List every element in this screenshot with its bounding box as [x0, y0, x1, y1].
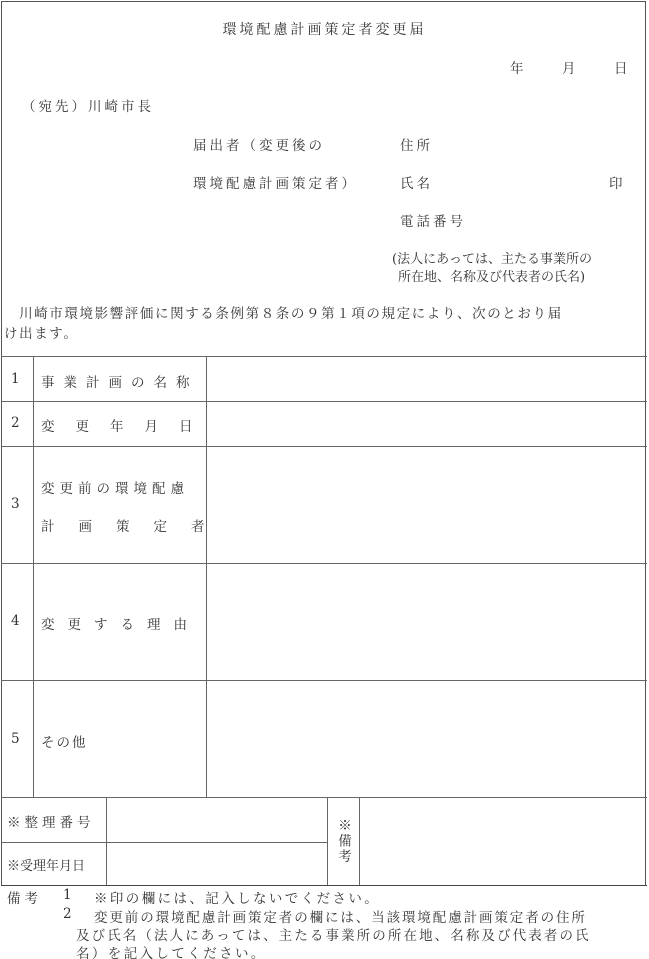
applicant-label-line1: 届出者（変更後の [193, 134, 325, 154]
row-label-previous-planner-line1: 変更前の環境配慮 [41, 477, 189, 497]
note-text-line1: 変更前の環境配慮計画策定者の欄には、当該環境配慮計画策定者の住所 [94, 906, 587, 926]
note-text-line3: 名）を記入してください。 [76, 942, 267, 959]
statement-line2: け出ます。 [4, 322, 78, 342]
phone-label: 電話番号 [400, 210, 466, 230]
applicant-label-line2: 環境配慮計画策定者） [193, 172, 358, 192]
table-bottom-border [1, 885, 647, 886]
addressee: （宛先）川崎市長 [22, 95, 154, 115]
notes-heading: 備考 [7, 887, 42, 907]
previous-planner-field[interactable] [207, 447, 646, 563]
row-number: 4 [11, 613, 20, 629]
form-title: 環境配慮計画策定者変更届 [0, 19, 649, 39]
row-number: 3 [11, 496, 20, 512]
received-date-field[interactable] [107, 843, 327, 885]
reason-field[interactable] [207, 564, 646, 680]
note-number: 1 [63, 887, 72, 903]
statement-line1: 川崎市環境影響評価に関する条例第８条の９第１項の規定により、次のとおり届 [4, 302, 563, 322]
change-date-field[interactable] [207, 402, 646, 446]
ref-number-field[interactable] [107, 798, 327, 842]
corporate-note-line1: (法人にあっては、主たる事業所の [392, 248, 592, 267]
row-label-other: その他 [41, 731, 88, 751]
remarks-field[interactable] [360, 798, 646, 885]
note-number: 2 [63, 906, 72, 922]
row-label-previous-planner-line2: 計画策定者 [41, 515, 229, 535]
corporate-note-line2: 所在地、名称及び代表者の氏名) [398, 266, 585, 285]
other-field[interactable] [207, 681, 646, 797]
row-number: 2 [11, 415, 20, 431]
address-label: 住所 [400, 134, 433, 154]
note-text: ※印の欄には、記入しないでください。 [94, 887, 380, 907]
project-name-field[interactable] [207, 357, 646, 401]
seal-label: 印 [609, 172, 623, 192]
remarks-label: ※備考 [333, 818, 353, 865]
row-label-project-name: 事業計画の名称 [41, 371, 199, 391]
row-number: 5 [11, 731, 20, 747]
row-label-reason: 変更する理由 [41, 613, 200, 633]
date-year-label: 年 [510, 57, 524, 77]
ref-number-label: ※整理番号 [7, 811, 95, 831]
row-label-change-date: 変更年月日 [41, 415, 214, 435]
date-day-label: 日 [614, 57, 628, 77]
column-divider [33, 356, 34, 797]
name-label: 氏名 [400, 172, 433, 192]
note-text-line2: 及び氏名（法人にあっては、主たる事業所の所在地、名称及び代表者の氏 [76, 924, 591, 944]
column-divider [327, 797, 328, 885]
row-number: 1 [11, 371, 20, 387]
received-date-label: ※受理年月日 [7, 855, 85, 874]
date-month-label: 月 [562, 57, 576, 77]
